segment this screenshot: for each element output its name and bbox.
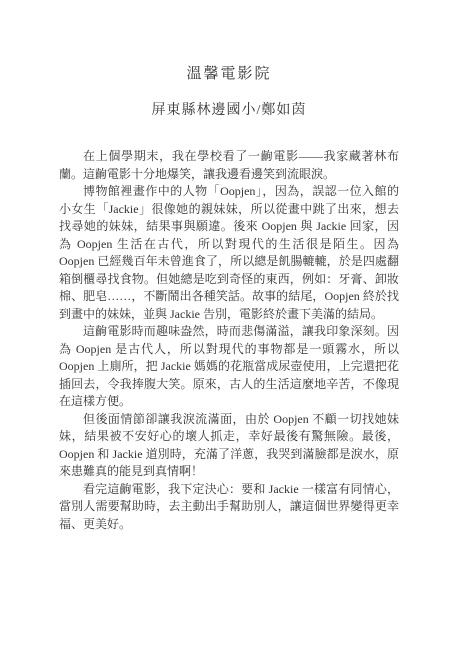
paragraph-4: 但後面情節卻讓我淚流滿面，由於 Oopjen 不顧一切找她妹妹，結果被不安好心的… <box>59 411 399 481</box>
paragraph-2: 博物館裡畫作中的人物「Oopjen」，因為，誤認一位入館的小女生「Jackie」… <box>59 183 399 323</box>
document-byline: 屏東縣林邊國小/鄭如茵 <box>0 83 458 119</box>
document-body: 在上個學期末，我在學校看了一齣電影——我家藏著林布蘭。這齣電影十分地爆笑，讓我邊… <box>59 148 399 533</box>
paragraph-3: 這齣電影時而趣味盎然，時而悲傷滿溢，讓我印象深刻。因為 Oopjen 是古代人，… <box>59 323 399 411</box>
document-page: 溫馨電影院 屏東縣林邊國小/鄭如茵 在上個學期末，我在學校看了一齣電影——我家藏… <box>0 0 458 648</box>
paragraph-5: 看完這齣電影，我下定決心：要和 Jackie 一樣富有同情心，當別人需要幫助時，… <box>59 481 399 534</box>
document-title: 溫馨電影院 <box>0 0 458 83</box>
paragraph-1: 在上個學期末，我在學校看了一齣電影——我家藏著林布蘭。這齣電影十分地爆笑，讓我邊… <box>59 148 399 183</box>
